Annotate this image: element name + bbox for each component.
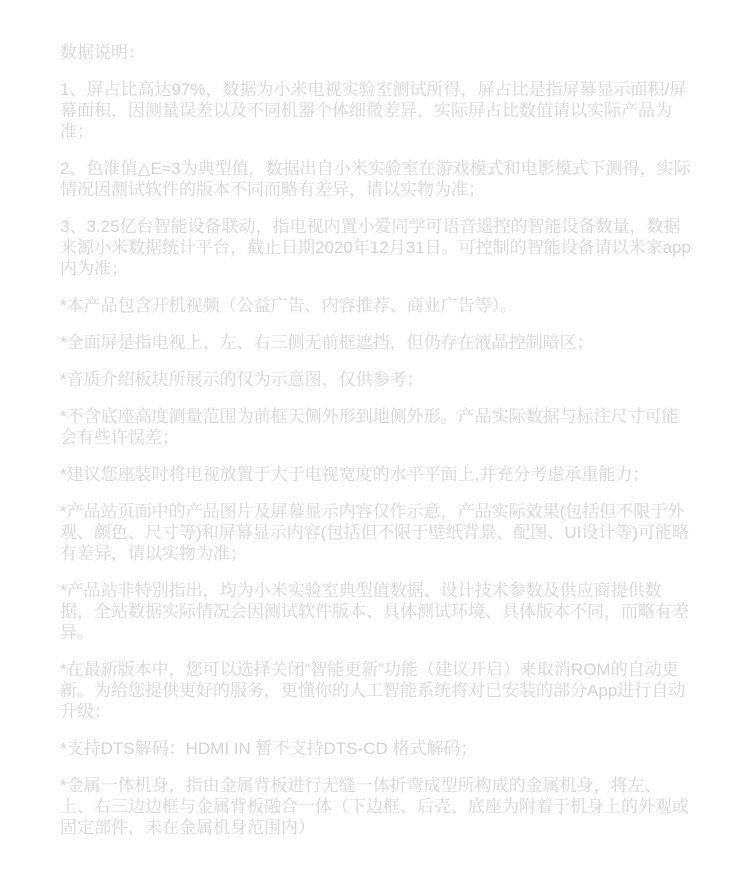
note-paragraph-lab-data: *产品站非特别指出，均为小米实验室典型值数据、设计技术参数及供应商提供数据，全站… — [60, 580, 692, 643]
note-paragraph-fullscreen: *全面屏是指电视上、左、右三侧无前框遮挡，但仍存在液晶控制暗区； — [60, 332, 692, 353]
note-paragraph-screen-ratio: 1、屏占比高达97%，数据为小米电视实验室测试所得，屏占比是指屏幕显示面积/屏幕… — [60, 79, 692, 142]
data-notes-section: 数据说明： 1、屏占比高达97%，数据为小米电视实验室测试所得，屏占比是指屏幕显… — [60, 42, 692, 838]
note-paragraph-smart-devices: 3、3.25亿台智能设备联动，指电视内置小爱同学可语音遥控的智能设备数量，数据来… — [60, 216, 692, 279]
note-paragraph-audio-diagram: *音质介绍板块所展示的仅为示意图，仅供参考； — [60, 369, 692, 390]
note-paragraph-placement-advice: *建议您座装时将电视放置于大于电视宽度的水平平面上,并充分考虑承重能力； — [60, 464, 692, 485]
note-paragraph-product-images: *产品站页面中的产品图片及屏幕显示内容仅作示意，产品实际效果(包括但不限于外观、… — [60, 501, 692, 564]
note-paragraph-smart-update: *在最新版本中，您可以选择关闭“智能更新”功能（建议开启）来取消ROM的自动更新… — [60, 659, 692, 722]
note-paragraph-dts-decode: *支持DTS解码：HDMI IN 暂不支持DTS-CD 格式解码； — [60, 738, 692, 759]
section-title: 数据说明： — [60, 42, 692, 63]
note-paragraph-height-measure: *不含底座高度测量范围为前框天侧外形到地侧外形。产品实际数据与标注尺寸可能会有些… — [60, 406, 692, 448]
note-paragraph-metal-body: *金属一体机身，指由金属背板进行无缝一体折弯成型所构成的金属机身，将左、上、右三… — [60, 775, 692, 838]
note-paragraph-color-accuracy: 2、色准值△E≈3为典型值，数据出自小米实验室在游戏模式和电影模式下测得，实际情… — [60, 158, 692, 200]
note-paragraph-boot-video: *本产品包含开机视频（公益广告、内容推荐、商业广告等）。 — [60, 295, 692, 316]
